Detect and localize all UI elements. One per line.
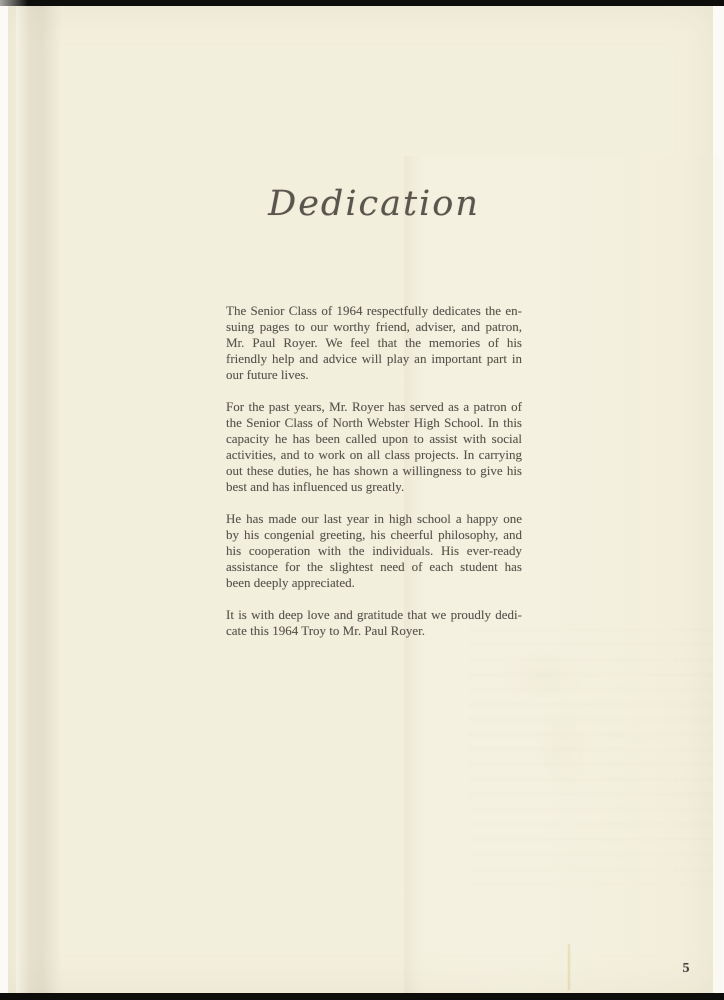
- text-line: assistance for the slightest need of eac…: [226, 559, 522, 575]
- text-line: friendly help and advice will play an im…: [226, 351, 522, 367]
- scan-scratch-artifact: [568, 944, 570, 990]
- text-line: his cooperation with the individuals. Hi…: [226, 543, 522, 559]
- text-line: He has made our last year in high school…: [226, 511, 522, 527]
- scan-edge-bottom: [0, 993, 724, 1000]
- yearbook-page: Dedication The Senior Class of 1964 resp…: [8, 6, 713, 993]
- text-line: It is with deep love and gratitude that …: [226, 607, 522, 623]
- paragraph: The Senior Class of 1964 respectfully de…: [226, 303, 522, 383]
- show-through-artifact: [468, 626, 713, 886]
- text-line: best and has influenced us greatly.: [226, 479, 522, 495]
- text-line: our future lives.: [226, 367, 522, 383]
- text-line: Mr. Paul Royer. We feel that the memorie…: [226, 335, 522, 351]
- scanned-yearbook-spread: Dedication The Senior Class of 1964 resp…: [0, 0, 724, 1000]
- text-line: the Senior Class of North Webster High S…: [226, 415, 522, 431]
- page-number: 5: [676, 961, 696, 977]
- text-line: capacity he has been called upon to assi…: [226, 431, 522, 447]
- text-line: For the past years, Mr. Royer has served…: [226, 399, 522, 415]
- text-line: by his congenial greeting, his cheerful …: [226, 527, 522, 543]
- text-line: been deeply appreciated.: [226, 575, 522, 591]
- text-line: suing pages to our worthy friend, advise…: [226, 319, 522, 335]
- paragraph: He has made our last year in high school…: [226, 511, 522, 591]
- text-line: activities, and to work on all class pro…: [226, 447, 522, 463]
- gutter-shadow: [16, 6, 62, 993]
- text-line: The Senior Class of 1964 respectfully de…: [226, 303, 522, 319]
- dedication-text: The Senior Class of 1964 respectfully de…: [226, 303, 522, 655]
- text-line: cate this 1964 Troy to Mr. Paul Royer.: [226, 623, 522, 639]
- page-title: Dedication: [226, 184, 522, 224]
- text-line: out these duties, he has shown a willing…: [226, 463, 522, 479]
- paragraph: For the past years, Mr. Royer has served…: [226, 399, 522, 495]
- paragraph: It is with deep love and gratitude that …: [226, 607, 522, 639]
